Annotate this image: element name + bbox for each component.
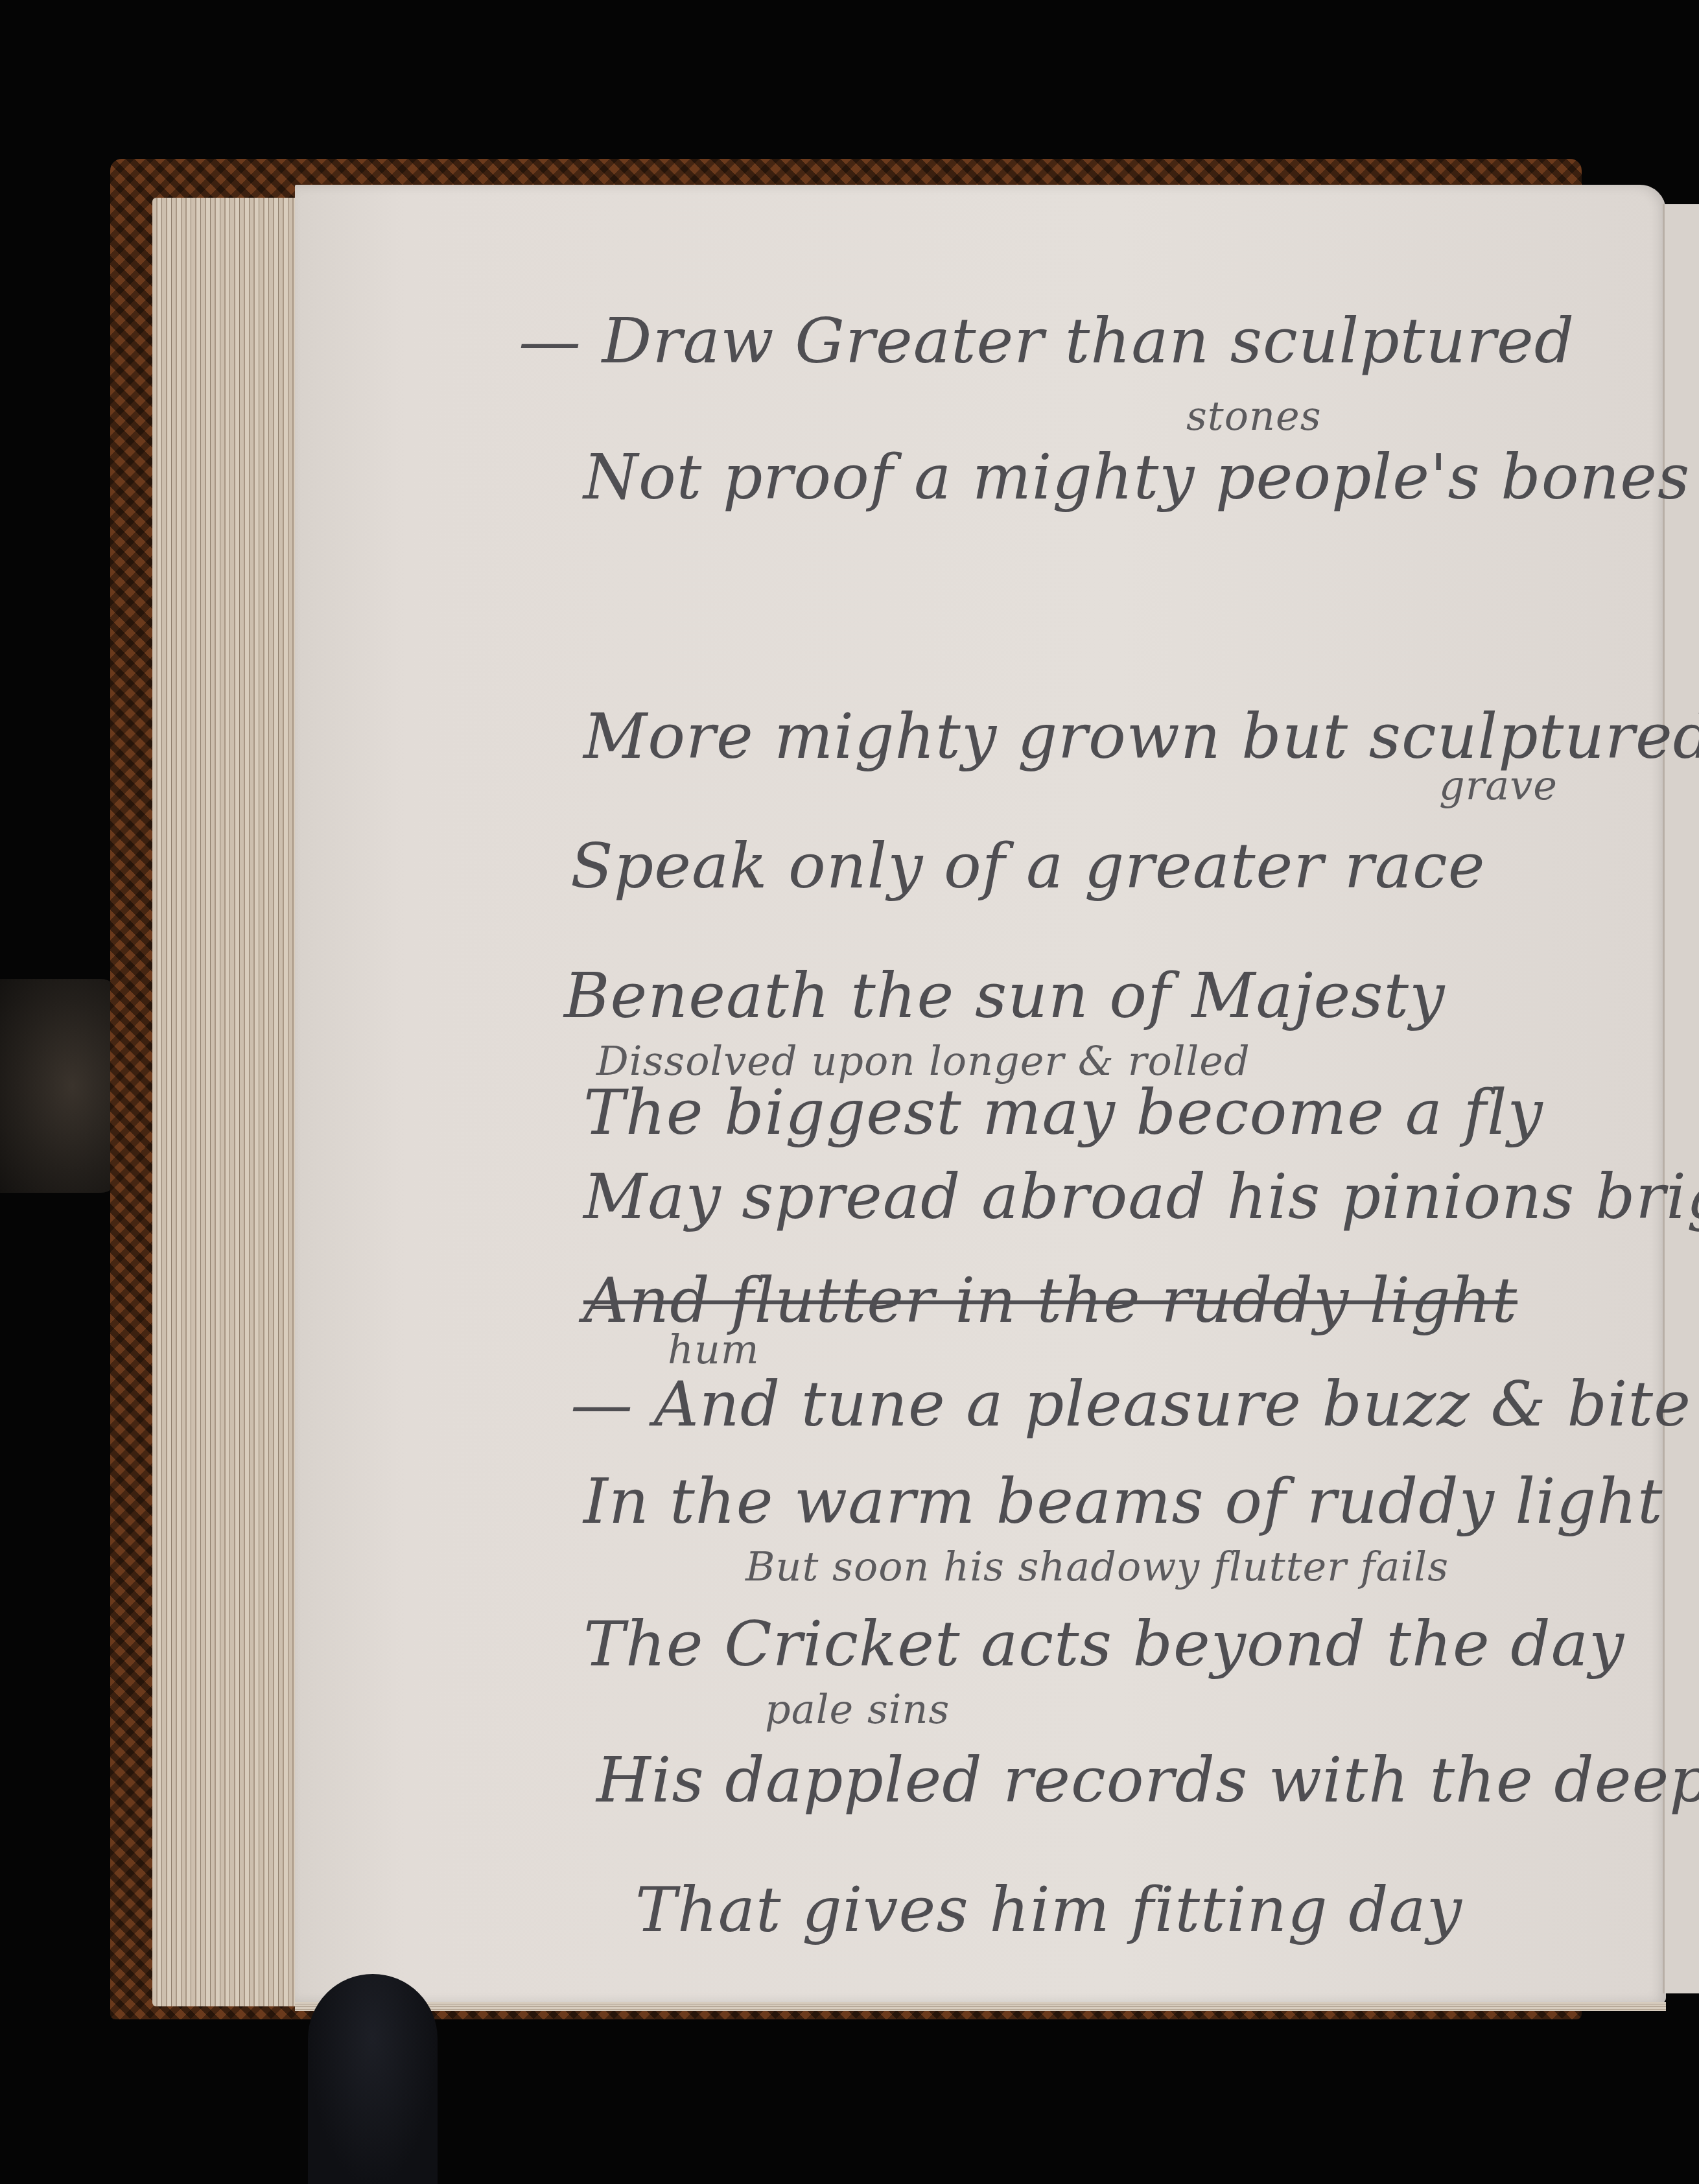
manuscript-line: Speak only of a greater race [570,830,1486,902]
interlinear-insertion: grave [1439,762,1558,809]
manuscript-line: — And tune a pleasure buzz & bite [570,1368,1691,1440]
interlinear-insertion: hum [668,1326,760,1373]
manuscript-line: The Cricket acts beyond the day [583,1608,1624,1680]
manuscript-line: Beneath the sun of Majesty [564,959,1445,1032]
manuscript-line: May spread abroad his pinions bright [583,1160,1699,1233]
manuscript-line: The biggest may become a fly [583,1076,1543,1149]
holding-thumb [308,1974,438,2184]
manuscript-line: — Draw Greater than sculptured [519,305,1575,377]
manuscript-line: That gives him fitting day [635,1873,1462,1946]
interlinear-insertion: But soon his shadowy flutter fails [745,1543,1449,1590]
manuscript-line: In the warm beams of ruddy light [583,1465,1663,1538]
manuscript-line: Not proof a mighty people's bones [583,441,1690,513]
manuscript-line: His dappled records with the deepening [596,1744,1699,1816]
interlinear-insertion: pale sins [765,1685,950,1733]
manuscript-text: — Draw Greater than sculptured stones No… [0,0,1699,2184]
interlinear-insertion: stones [1186,392,1322,440]
